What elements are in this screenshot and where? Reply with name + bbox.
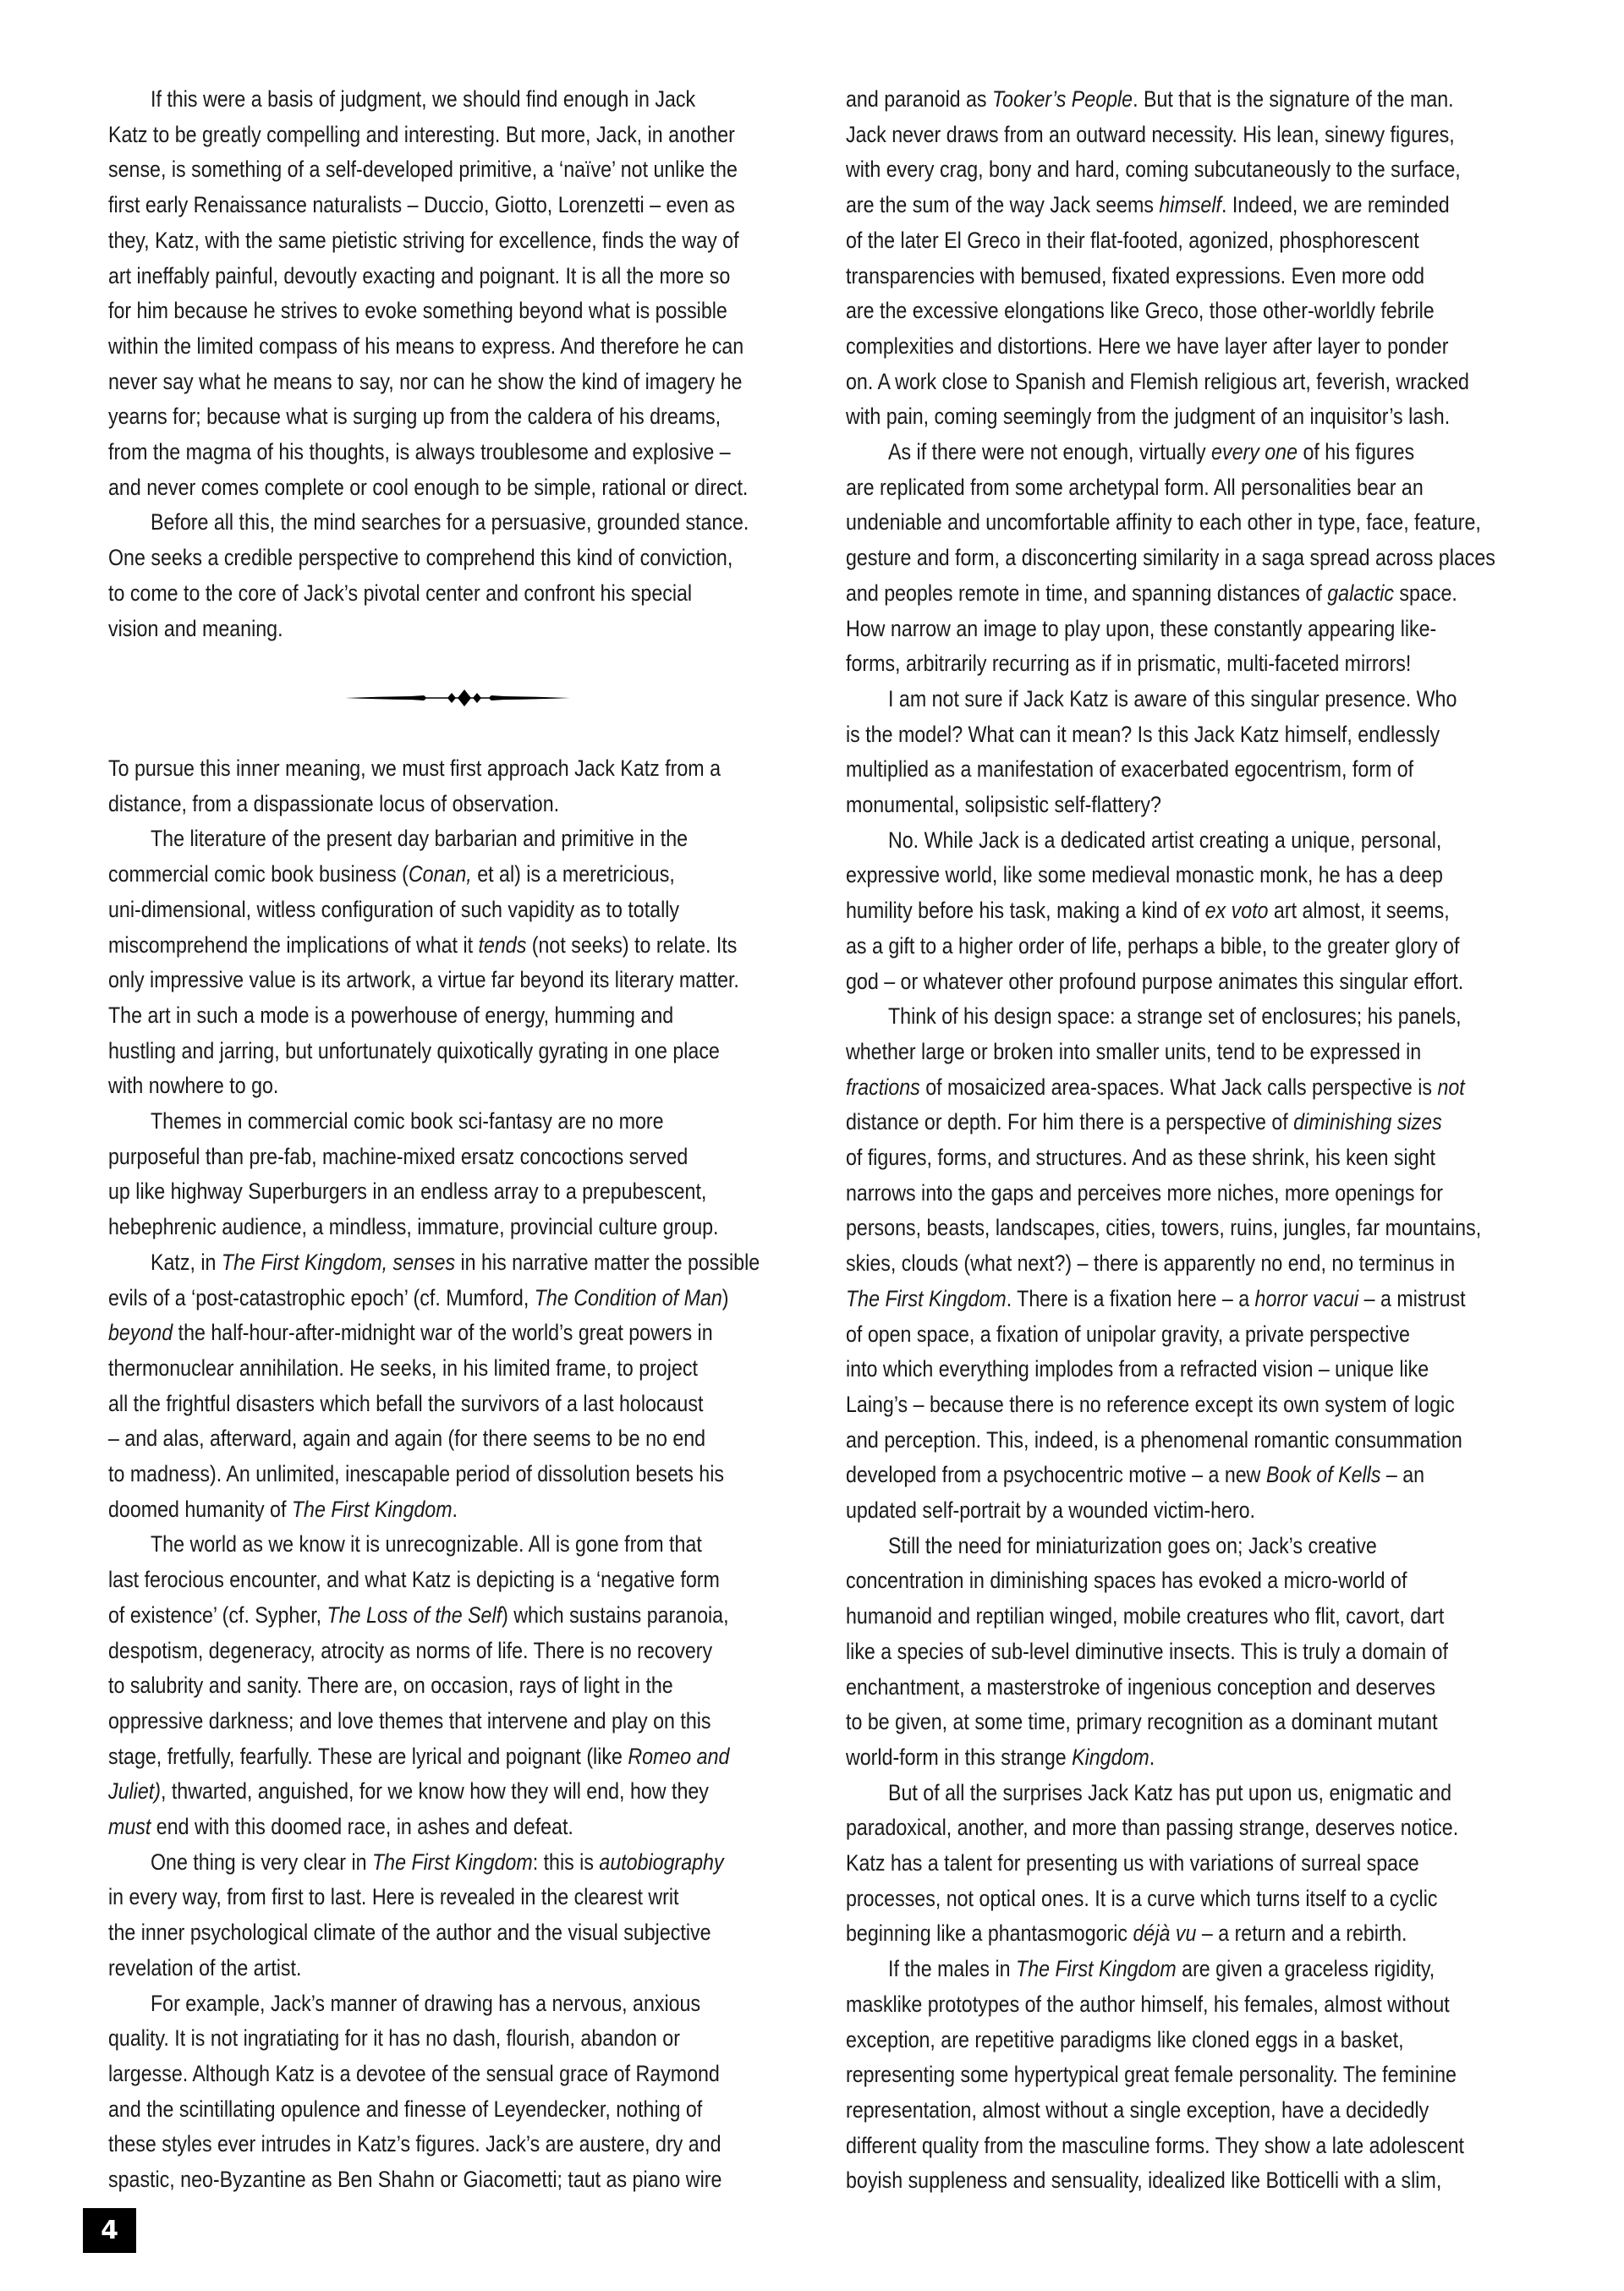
text-segment: whether large or broken into smaller uni… [846,1039,1421,1064]
text-segment: developed from a psychocentric motive – … [846,1462,1266,1487]
text-segment: art almost, it seems, [1268,898,1449,923]
text-segment: transparencies with bemused, fixated exp… [846,263,1424,288]
text-segment: How narrow an image to play upon, these … [846,616,1436,641]
text-segment: For example, Jack’s manner of drawing ha… [151,1991,700,2016]
italic-text: The First Kingdom [292,1497,453,1522]
text-segment: , thwarted, anguished, for we know how t… [161,1778,709,1804]
text-segment: representing some hypertypical great fem… [846,2062,1457,2087]
text-segment: – a return and a rebirth. [1196,1920,1407,1946]
text-segment: : this is [533,1849,600,1875]
text-segment: they, Katz, with the same pietistic stri… [108,228,739,253]
text-line: hebephrenic audience, a mindless, immatu… [108,1209,718,1244]
text-segment: different quality from the masculine for… [846,2133,1464,2158]
text-line: expressive world, like some medieval mon… [846,857,1443,893]
text-segment: thermonuclear annihilation. He seeks, in… [108,1355,698,1381]
document-page: If this were a basis of judgment, we sho… [0,0,1624,2291]
text-line: oppressive darkness; and love themes tha… [108,1703,711,1739]
text-line: If the males in The First Kingdom are gi… [888,1951,1435,1986]
text-line: humility before his task, making a kind … [846,893,1450,928]
text-line: persons, beasts, landscapes, cities, tow… [846,1210,1481,1245]
text-line: beginning like a phantasmogoric déjà vu … [846,1915,1407,1951]
text-segment: and paranoid as [846,86,992,112]
text-segment: vision and meaning. [108,616,283,641]
text-segment: No. While Jack is a dedicated artist cre… [888,827,1441,853]
text-segment: only impressive value is its artwork, a … [108,967,739,992]
text-line: complexities and distortions. Here we ha… [846,328,1448,364]
text-segment: are the excessive elongations like Greco… [846,298,1435,323]
text-segment: The art in such a mode is a powerhouse o… [108,1003,673,1028]
text-segment: expressive world, like some medieval mon… [846,862,1443,887]
text-line: these styles ever intrudes in Katz’s fig… [108,2126,721,2162]
text-segment: Katz, in [151,1250,222,1275]
text-segment: hebephrenic audience, a mindless, immatu… [108,1214,718,1239]
text-segment: uni-dimensional, witless configuration o… [108,897,679,922]
text-segment: (not seeks) to relate. Its [526,932,737,958]
text-segment: . But that is the signature of the man. [1133,86,1453,112]
text-line: No. While Jack is a dedicated artist cre… [888,822,1441,858]
text-segment: of existence’ (cf. Sypher, [108,1602,327,1628]
text-segment: for him because he strives to evoke some… [108,298,727,323]
text-line: If this were a basis of judgment, we sho… [151,81,695,117]
text-segment: like a species of sub-level diminutive i… [846,1639,1448,1664]
text-line: different quality from the masculine for… [846,2128,1464,2163]
text-line: and peoples remote in time, and spanning… [846,575,1457,611]
italic-text: must [108,1814,151,1839]
text-line: developed from a psychocentric motive – … [846,1457,1424,1492]
italic-text: galactic [1327,580,1394,606]
text-segment: purposeful than pre-fab, machine-mixed e… [108,1144,688,1169]
text-line: thermonuclear annihilation. He seeks, in… [108,1350,698,1386]
text-segment: last ferocious encounter, and what Katz … [108,1567,720,1592]
text-line: from the magma of his thoughts, is alway… [108,434,731,470]
text-line: distance, from a dispassionate locus of … [108,786,559,821]
text-segment: beginning like a phantasmogoric [846,1920,1133,1946]
text-segment: of the later El Greco in their flat-foot… [846,228,1419,253]
text-segment: and never comes complete or cool enough … [108,475,748,500]
text-segment: god – or whatever other profound purpose… [846,969,1463,994]
text-segment: Jack never draws from an outward necessi… [846,122,1455,147]
text-line: are the sum of the way Jack seems himsel… [846,187,1450,223]
text-line: sense, is something of a self-developed … [108,151,738,187]
text-line: commercial comic book business (Conan, e… [108,856,675,892]
text-segment: to come to the core of Jack’s pivotal ce… [108,580,692,606]
text-line: and the scintillating opulence and fines… [108,2091,702,2127]
text-segment: One thing is very clear in [151,1849,372,1875]
text-segment: into which everything implodes from a re… [846,1356,1429,1382]
text-segment: of open space, a fixation of unipolar gr… [846,1321,1410,1347]
text-segment: of mosaicized area-spaces. What Jack cal… [920,1074,1438,1100]
text-line: quality. It is not ingratiating for it h… [108,2020,680,2056]
text-line: processes, not optical ones. It is a cur… [846,1881,1437,1916]
text-segment: and perception. This, indeed, is a pheno… [846,1427,1462,1453]
text-line: of the later El Greco in their flat-foot… [846,223,1419,258]
text-segment: But of all the surprises Jack Katz has p… [888,1780,1451,1805]
text-line: For example, Jack’s manner of drawing ha… [151,1986,700,2021]
text-segment: miscomprehend the implications of what i… [108,932,479,958]
text-line: stage, fretfully, fearfully. These are l… [108,1739,729,1774]
text-line: Still the need for miniaturization goes … [888,1528,1377,1563]
text-line: Themes in commercial comic book sci-fant… [151,1103,664,1139]
text-segment: spastic, neo-Byzantine as Ben Shahn or G… [108,2167,721,2192]
text-segment: paradoxical, another, and more than pass… [846,1815,1458,1840]
italic-text: The First Kingdom [372,1849,533,1875]
text-line: Katz to be greatly compelling and intere… [108,117,735,152]
text-line: One seeks a credible perspective to comp… [108,540,732,575]
text-line: undeniable and uncomfortable affinity to… [846,504,1481,540]
text-segment: Still the need for miniaturization goes … [888,1533,1377,1558]
text-segment: the half-hour-after-midnight war of the … [173,1320,712,1345]
text-line: I am not sure if Jack Katz is aware of t… [888,681,1457,717]
text-segment: space. [1394,580,1457,606]
text-segment: Laing’s – because there is no reference … [846,1392,1455,1417]
text-line: up like highway Superburgers in an endle… [108,1173,706,1209]
text-line: humanoid and reptilian winged, mobile cr… [846,1598,1444,1634]
text-segment: from the magma of his thoughts, is alway… [108,439,731,464]
text-line: like a species of sub-level diminutive i… [846,1634,1448,1669]
text-segment: within the limited compass of his means … [108,333,743,359]
text-segment: persons, beasts, landscapes, cities, tow… [846,1215,1481,1240]
italic-text: Juliet) [108,1778,161,1804]
text-segment: I am not sure if Jack Katz is aware of t… [888,686,1457,711]
text-segment: The world as we know it is unrecognizabl… [151,1531,702,1557]
text-line: How narrow an image to play upon, these … [846,611,1436,646]
text-segment: undeniable and uncomfortable affinity to… [846,509,1481,535]
text-line: are replicated from some archetypal form… [846,470,1424,505]
text-line: god – or whatever other profound purpose… [846,964,1463,999]
text-line: evils of a ‘post-catastrophic epoch’ (cf… [108,1280,728,1316]
text-line: One thing is very clear in The First Kin… [151,1844,724,1880]
text-line: Laing’s – because there is no reference … [846,1387,1455,1422]
text-segment: end with this doomed race, in ashes and … [151,1814,573,1839]
italic-text: The First Kingdom [846,1286,1007,1311]
text-segment: first early Renaissance naturalists – Du… [108,192,735,217]
text-line: world-form in this strange Kingdom. [846,1739,1155,1775]
text-segment: gesture and form, a disconcerting simila… [846,545,1495,570]
text-segment: One seeks a credible perspective to comp… [108,545,732,570]
section-divider-ornament-icon [343,685,572,711]
text-segment: with every crag, bony and hard, coming s… [846,157,1461,182]
text-segment: is the model? What can it mean? Is this … [846,722,1440,747]
text-line: doomed humanity of The First Kingdom. [108,1492,458,1527]
text-line: whether large or broken into smaller uni… [846,1034,1421,1069]
text-line: Katz has a talent for presenting us with… [846,1845,1419,1881]
text-segment: as a gift to a higher order of life, per… [846,933,1459,959]
text-segment: these styles ever intrudes in Katz’s fig… [108,2131,721,2156]
text-segment: commercial comic book business ( [108,861,409,887]
text-segment: processes, not optical ones. It is a cur… [846,1886,1437,1911]
text-segment: and the scintillating opulence and fines… [108,2096,702,2122]
text-line: beyond the half-hour-after-midnight war … [108,1315,713,1350]
text-segment: doomed humanity of [108,1497,292,1522]
text-segment: Themes in commercial comic book sci-fant… [151,1108,664,1134]
text-line: are the excessive elongations like Greco… [846,293,1435,328]
text-line: with every crag, bony and hard, coming s… [846,151,1461,187]
text-segment: monumental, solipsistic self-flattery? [846,792,1161,817]
text-segment: – and alas, afterward, again and again (… [108,1426,705,1451]
italic-text: fractions [846,1074,920,1100]
text-line: uni-dimensional, witless configuration o… [108,892,679,927]
text-line: into which everything implodes from a re… [846,1351,1429,1387]
italic-text: autobiography [599,1849,723,1875]
text-line: of figures, forms, and structures. And a… [846,1140,1435,1175]
text-line: revelation of the artist. [108,1950,301,1986]
text-line: representation, almost without a single … [846,2092,1429,2128]
text-segment: are given a graceless rigidity, [1177,1956,1435,1981]
text-line: and never comes complete or cool enough … [108,470,748,505]
italic-text: beyond [108,1320,173,1345]
text-segment: Think of his design space: a strange set… [888,1003,1462,1029]
text-line: As if there were not enough, virtually e… [888,434,1414,470]
text-segment: updated self-portrait by a wounded victi… [846,1497,1255,1523]
text-line: to salubrity and sanity. There are, on o… [108,1667,673,1703]
text-line: to come to the core of Jack’s pivotal ce… [108,575,692,611]
text-segment: to salubrity and sanity. There are, on o… [108,1673,673,1698]
text-line: monumental, solipsistic self-flattery? [846,787,1161,822]
text-line: The literature of the present day barbar… [151,821,688,856]
italic-text: horror vacui [1255,1286,1359,1311]
text-segment: world-form in this strange [846,1744,1072,1770]
text-line: to be given, at some time, primary recog… [846,1704,1438,1739]
text-segment: humility before his task, making a kind … [846,898,1205,923]
text-line: narrows into the gaps and perceives more… [846,1175,1443,1211]
text-segment: Before all this, the mind searches for a… [151,509,749,535]
text-segment: . Indeed, we are reminded [1221,192,1450,217]
text-segment: up like highway Superburgers in an endle… [108,1178,706,1204]
text-segment: enchantment, a masterstroke of ingenious… [846,1674,1435,1700]
text-line: representing some hypertypical great fem… [846,2057,1457,2092]
text-line: art ineffably painful, devoutly exacting… [108,258,730,294]
text-line: on. A work close to Spanish and Flemish … [846,364,1469,399]
text-line: never say what he means to say, nor can … [108,364,742,399]
text-segment: concentration in diminishing spaces has … [846,1568,1407,1593]
text-segment: stage, fretfully, fearfully. These are l… [108,1744,628,1769]
text-line: largesse. Although Katz is a devotee of … [108,2056,720,2091]
italic-text: diminishing sizes [1293,1109,1442,1135]
text-line: the inner psychological climate of the a… [108,1915,710,1950]
text-segment: As if there were not enough, virtually [888,439,1211,464]
text-segment: . [453,1497,458,1522]
italic-text: déjà vu [1133,1920,1196,1946]
text-segment: hustling and jarring, but unfortunately … [108,1038,720,1063]
text-segment: with nowhere to go. [108,1073,278,1098]
text-segment: yearns for; because what is surging up f… [108,404,721,429]
text-segment: to madness). An unlimited, inescapable p… [108,1461,724,1486]
italic-text: The First Kingdom [1016,1956,1177,1981]
text-segment: narrows into the gaps and perceives more… [846,1180,1443,1206]
text-segment: ) which sustains paranoia, [502,1602,728,1628]
text-line: despotism, degeneracy, atrocity as norms… [108,1633,712,1668]
text-line: masklike prototypes of the author himsel… [846,1986,1450,2022]
text-segment: on. A work close to Spanish and Flemish … [846,369,1469,394]
italic-text: every one [1211,439,1298,464]
text-segment: multiplied as a manifestation of exacerb… [846,756,1413,782]
italic-text: Book of Kells [1266,1462,1381,1487]
italic-text: The Condition of Man [535,1285,722,1310]
text-segment: in his narrative matter the possible [455,1250,760,1275]
text-segment: representation, almost without a single … [846,2097,1429,2123]
text-segment: sense, is something of a self-developed … [108,157,738,182]
text-segment: oppressive darkness; and love themes tha… [108,1708,711,1733]
text-segment: in every way, from first to last. Here i… [108,1884,678,1909]
italic-text: Tooker’s People [992,86,1133,112]
text-segment: to be given, at some time, primary recog… [846,1709,1438,1734]
text-line: for him because he strives to evoke some… [108,293,727,328]
text-segment: and peoples remote in time, and spanning… [846,580,1327,606]
text-segment: are the sum of the way Jack seems [846,192,1159,217]
text-line: Think of his design space: a strange set… [888,998,1462,1034]
text-line: in every way, from first to last. Here i… [108,1879,678,1915]
text-segment: revelation of the artist. [108,1955,301,1981]
text-segment: If this were a basis of judgment, we sho… [151,86,695,112]
text-segment: are replicated from some archetypal form… [846,475,1424,500]
text-line: last ferocious encounter, and what Katz … [108,1562,720,1597]
text-line: within the limited compass of his means … [108,328,743,364]
text-line: Juliet), thwarted, anguished, for we kno… [108,1773,709,1809]
text-line: fractions of mosaicized area-spaces. Wha… [846,1069,1465,1105]
text-line: and paranoid as Tooker’s People. But tha… [846,81,1454,117]
text-line: all the frightful disasters which befall… [108,1386,703,1421]
text-line: hustling and jarring, but unfortunately … [108,1033,720,1069]
text-line: miscomprehend the implications of what i… [108,927,737,963]
text-line: forms, arbitrarily recurring as if in pr… [846,646,1411,681]
text-line: of existence’ (cf. Sypher, The Loss of t… [108,1597,729,1633]
text-segment: of figures, forms, and structures. And a… [846,1145,1435,1170]
text-line: first early Renaissance naturalists – Du… [108,187,735,223]
page-number: 4 [101,2216,118,2245]
text-line: distance or depth. For him there is a pe… [846,1104,1442,1140]
text-segment: distance or depth. For him there is a pe… [846,1109,1293,1135]
text-segment: all the frightful disasters which befall… [108,1391,703,1416]
text-line: and perception. This, indeed, is a pheno… [846,1422,1462,1458]
text-segment: – an [1380,1462,1424,1487]
text-segment: forms, arbitrarily recurring as if in pr… [846,651,1411,676]
text-line: of open space, a fixation of unipolar gr… [846,1316,1410,1352]
text-line: is the model? What can it mean? Is this … [846,717,1440,752]
italic-text: The Loss of the Self [327,1602,502,1628]
text-line: updated self-portrait by a wounded victi… [846,1492,1255,1528]
text-line: yearns for; because what is surging up f… [108,398,721,434]
italic-text: tends [479,932,527,958]
text-line: To pursue this inner meaning, we must fi… [108,750,721,786]
italic-text: not [1437,1074,1464,1100]
text-segment: with pain, coming seemingly from the jud… [846,404,1450,429]
text-segment: To pursue this inner meaning, we must fi… [108,755,721,781]
text-line: exception, are repetitive paradigms like… [846,2022,1404,2058]
text-line: transparencies with bemused, fixated exp… [846,258,1424,294]
text-segment: of his figures [1298,439,1414,464]
text-line: vision and meaning. [108,611,283,646]
text-line: Jack never draws from an outward necessi… [846,117,1455,152]
text-line: must end with this doomed race, in ashes… [108,1809,573,1844]
text-segment: boyish suppleness and sensuality, ideali… [846,2167,1441,2193]
text-line: skies, clouds (what next?) – there is ap… [846,1245,1455,1281]
italic-text: Kingdom [1072,1744,1149,1770]
text-line: only impressive value is its artwork, a … [108,962,739,997]
text-segment: . There is a fixation here – a [1007,1286,1255,1311]
italic-text: Romeo and [628,1744,729,1769]
italic-text: Conan, [409,861,472,887]
text-line: as a gift to a higher order of life, per… [846,928,1459,964]
text-line: Katz, in The First Kingdom, senses in hi… [151,1244,760,1280]
text-segment: masklike prototypes of the author himsel… [846,1992,1450,2017]
text-segment: Katz to be greatly compelling and intere… [108,122,735,147]
text-line: purposeful than pre-fab, machine-mixed e… [108,1139,688,1174]
text-segment: evils of a ‘post-catastrophic epoch’ (cf… [108,1285,535,1310]
text-segment: et al) is a meretricious, [472,861,675,887]
text-line: The First Kingdom. There is a fixation h… [846,1281,1466,1316]
text-line: they, Katz, with the same pietistic stri… [108,223,739,258]
text-line: But of all the surprises Jack Katz has p… [888,1775,1451,1810]
text-line: to madness). An unlimited, inescapable p… [108,1456,724,1492]
text-segment: distance, from a dispassionate locus of … [108,791,559,816]
italic-text: The First Kingdom, senses [222,1250,455,1275]
text-segment: largesse. Although Katz is a devotee of … [108,2061,720,2086]
text-segment: skies, clouds (what next?) – there is ap… [846,1250,1455,1276]
text-segment: never say what he means to say, nor can … [108,369,742,394]
text-segment: . [1149,1744,1155,1770]
text-segment: complexities and distortions. Here we ha… [846,333,1448,359]
text-segment: Katz has a talent for presenting us with… [846,1850,1419,1876]
text-line: – and alas, afterward, again and again (… [108,1420,705,1456]
text-segment: – a mistrust [1358,1286,1465,1311]
text-line: boyish suppleness and sensuality, ideali… [846,2162,1441,2198]
italic-text: ex voto [1205,898,1269,923]
text-line: concentration in diminishing spaces has … [846,1563,1407,1598]
text-line: with nowhere to go. [108,1068,278,1103]
text-line: enchantment, a masterstroke of ingenious… [846,1669,1435,1705]
text-line: paradoxical, another, and more than pass… [846,1810,1458,1845]
text-segment: art ineffably painful, devoutly exacting… [108,263,730,288]
text-segment: quality. It is not ingratiating for it h… [108,2025,680,2051]
text-segment: exception, are repetitive paradigms like… [846,2027,1404,2052]
text-segment: humanoid and reptilian winged, mobile cr… [846,1603,1444,1629]
text-segment: ) [722,1285,729,1310]
text-segment: the inner psychological climate of the a… [108,1920,710,1945]
italic-text: himself [1159,192,1221,217]
text-segment: despotism, degeneracy, atrocity as norms… [108,1638,712,1663]
page-number-badge: 4 [83,2208,136,2253]
text-segment: If the males in [888,1956,1016,1981]
text-line: Before all this, the mind searches for a… [151,504,749,540]
text-line: spastic, neo-Byzantine as Ben Shahn or G… [108,2162,721,2197]
text-line: The world as we know it is unrecognizabl… [151,1526,702,1562]
text-line: with pain, coming seemingly from the jud… [846,398,1450,434]
text-line: The art in such a mode is a powerhouse o… [108,997,673,1033]
text-segment: The literature of the present day barbar… [151,826,688,851]
text-line: gesture and form, a disconcerting simila… [846,540,1495,575]
text-line: multiplied as a manifestation of exacerb… [846,751,1413,787]
